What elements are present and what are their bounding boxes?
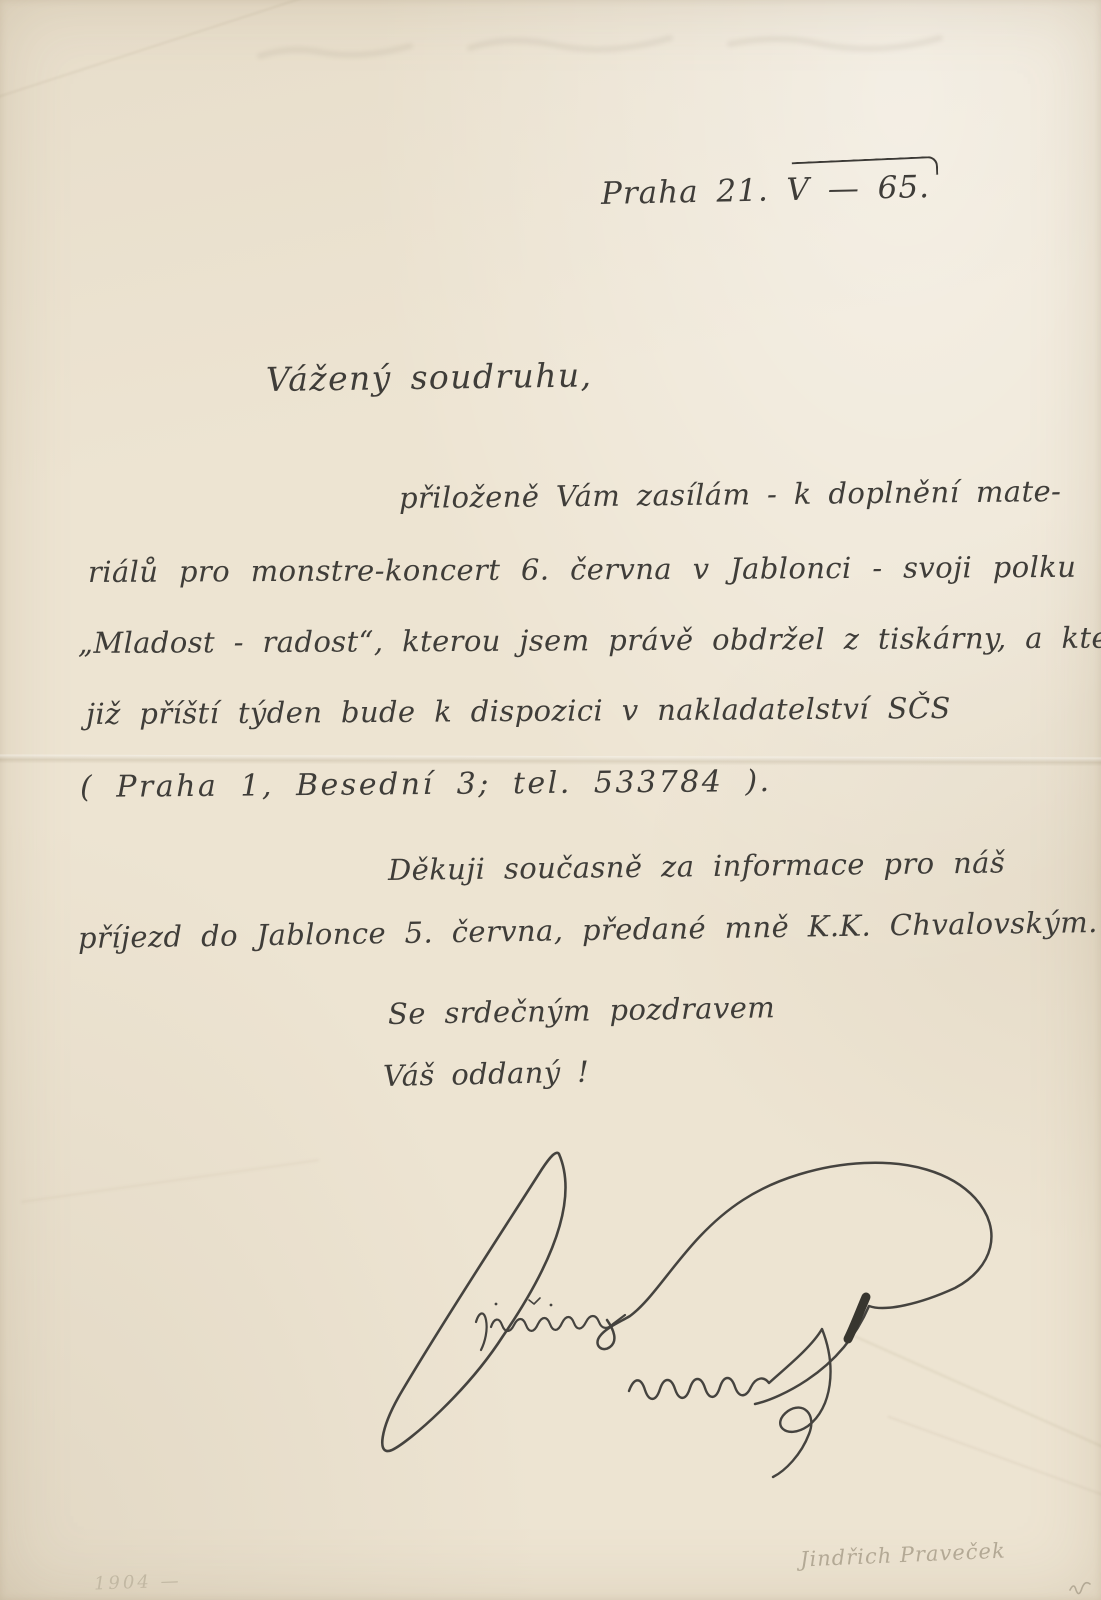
body-line: již příští týden bude k dispozici v nakl… [86, 691, 951, 731]
closing-line: Váš oddaný ! [383, 1055, 590, 1093]
signature-grand-sweep [597, 1163, 991, 1404]
signature-last-name [629, 1329, 830, 1477]
bleed-through-marks [250, 18, 1050, 78]
body-line: přiloženě Vám zasílám - k doplnění mate- [399, 474, 1062, 515]
letter-page: Praha 21. V — 65. Vážený soudruhu, přilo… [0, 0, 1101, 1600]
salutation: Vážený soudruhu, [266, 355, 593, 399]
body-line-address-phone: ( Praha 1, Besední 3; tel. 533784 ). [80, 764, 772, 805]
fold-crease [0, 755, 1101, 767]
wrinkle-line [21, 1159, 318, 1203]
pencil-annotation-name: Jindřich Praveček [800, 1539, 1007, 1572]
body-line: Děkuji současně za informace pro náš [388, 845, 1006, 887]
corner-pencil-mark [1068, 1578, 1094, 1596]
body-line: příjezd do Jablonce 5. června, předané m… [78, 905, 1098, 955]
closing-line: Se srdečným pozdravem [388, 990, 776, 1031]
body-line: riálů pro monstre-koncert 6. června v Ja… [88, 550, 1076, 589]
signature-flourish-loop [382, 1153, 565, 1451]
pencil-annotation-year: 1904 — [94, 1570, 182, 1594]
body-line: „Mladost - radost“, kterou jsem právě ob… [78, 620, 1101, 660]
ink-signature [345, 1108, 1005, 1488]
